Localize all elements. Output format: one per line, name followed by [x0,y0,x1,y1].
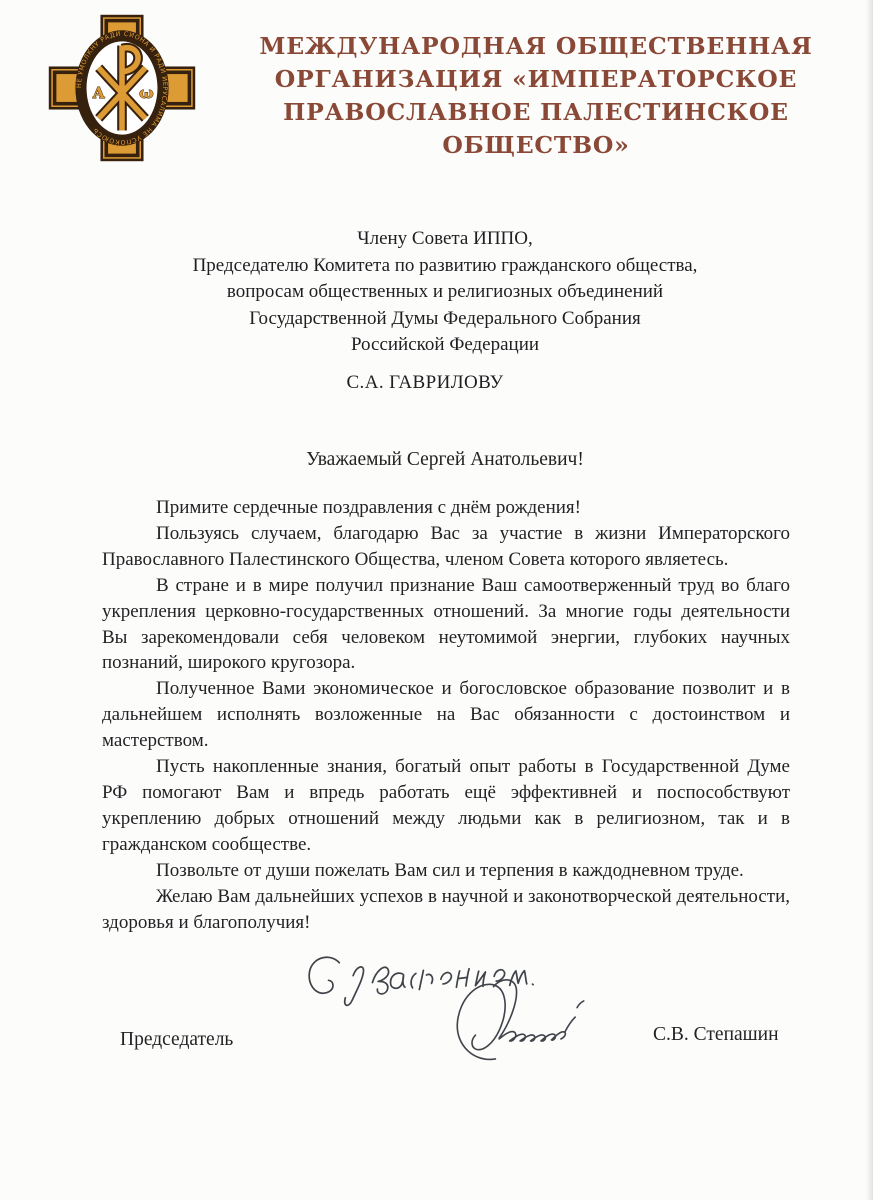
org-name-line-3: ПРАВОСЛАВНОЕ ПАЛЕСТИНСКОЕ ОБЩЕСТВО» [222,96,850,162]
organization-name: МЕЖДУНАРОДНАЯ ОБЩЕСТВЕННАЯ ОРГАНИЗАЦИЯ «… [222,30,850,162]
alpha-letter: А [93,84,106,102]
signer-name: С.В. Степашин [653,1024,779,1046]
addressee-name: С.А. ГАВРИЛОВУ [80,370,770,397]
salutation: Уважаемый Сергей Анатольевич! [100,449,790,471]
addressee-block: Члену Совета ИППО, Председателю Комитета… [100,226,790,396]
body-paragraph: Полученное Вами экономическое и богослов… [102,676,790,754]
addressee-line: Государственной Думы Федерального Собран… [100,306,790,333]
omega-letter: ω [139,84,153,102]
addressee-line: вопросам общественных и религиозных объе… [100,279,790,306]
ippo-cross-logo: НЕ УМОЛКНУ РАДИ СИОНА И РАДИ ИЕРУСАЛИМА … [46,12,198,164]
body-paragraph: Позвольте от души пожелать Вам сил и тер… [102,858,790,884]
scan-edge-shadow [866,0,873,1200]
addressee-line: Члену Совета ИППО, [100,226,790,253]
body-paragraph: Примите сердечные поздравления с днём ро… [102,495,790,521]
org-name-line-2: ОРГАНИЗАЦИЯ «ИМПЕРАТОРСКОЕ [222,63,850,96]
body-paragraph: Желаю Вам дальнейших успехов в научной и… [102,884,790,936]
position-title: Председатель [120,1029,233,1051]
scanned-letter-page: НЕ УМОЛКНУ РАДИ СИОНА И РАДИ ИЕРУСАЛИМА … [0,0,873,1200]
org-name-line-1: МЕЖДУНАРОДНАЯ ОБЩЕСТВЕННАЯ [222,30,850,63]
letter-body: Примите сердечные поздравления с днём ро… [102,495,790,935]
addressee-line: Председателю Комитета по развитию гражда… [100,253,790,280]
ippo-emblem: НЕ УМОЛКНУ РАДИ СИОНА И РАДИ ИЕРУСАЛИМА … [46,12,198,164]
addressee-line: Российской Федерации [100,332,790,359]
body-paragraph: Пусть накопленные знания, богатый опыт р… [102,754,790,858]
body-paragraph: Пользуясь случаем, благодарю Вас за учас… [102,521,790,573]
signature-autograph [446,974,598,1064]
body-paragraph: В стране и в мире получил признание Ваш … [102,573,790,677]
